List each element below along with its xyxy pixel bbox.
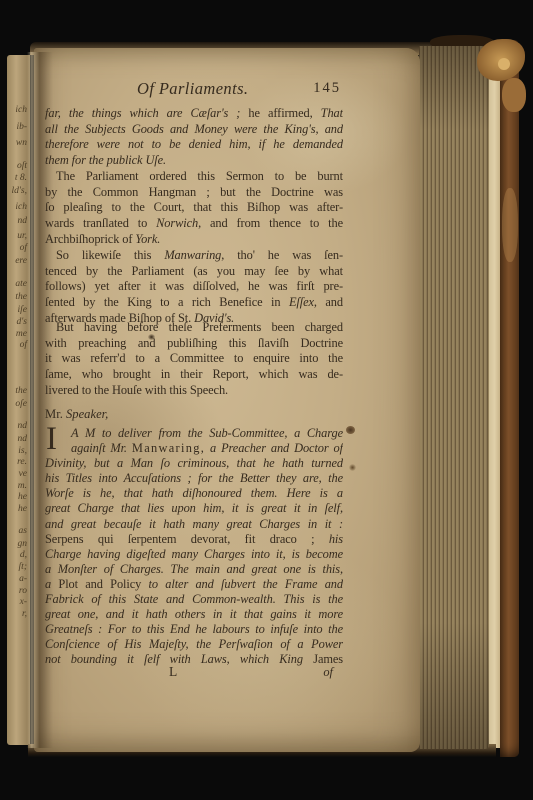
paragraph-manwaring: So likewiſe this Manwaring, tho' he was … <box>45 248 343 326</box>
text-line: ſo pleaſing to the Court, that this Biſh… <box>45 200 343 216</box>
catchword: of <box>323 664 333 680</box>
facing-page-text-fragment: as <box>19 526 27 536</box>
text-line: Archbiſhoprick of York. <box>45 232 343 248</box>
paragraph-speech: A M to deliver from the Sub-Committee, a… <box>45 426 343 668</box>
text-line: follows) yet after it was diſſolved, he … <box>45 279 343 295</box>
text-line: a Monſter of Charges. The main and great… <box>45 562 343 577</box>
text-line: great one, and it hath others in it that… <box>45 607 343 622</box>
paragraph-sermon-burnt: The Parliament ordered this Sermon to be… <box>45 169 343 247</box>
running-title: Of Parliaments. <box>137 79 248 99</box>
page-number: 145 <box>313 80 341 97</box>
text-line: and great becauſe it hath many great Cha… <box>45 517 343 532</box>
facing-page-text-fragment: a- <box>19 574 27 584</box>
text-line: them for the publick Uſe. <box>45 153 343 169</box>
foxing-spot <box>346 426 355 434</box>
signature-line: L of <box>45 664 343 680</box>
facing-page-text-fragment: oſe <box>15 399 27 409</box>
facing-page-text-fragment: gn <box>18 539 28 549</box>
text-line: with preaching and publiſhing this ſlavi… <box>45 336 343 352</box>
text-line: tenced by the Parliament (as you may ſee… <box>45 264 343 280</box>
text-line: Conſcience of His Majeſty, the Perſwaſio… <box>45 637 343 652</box>
signature-mark: L <box>169 664 177 680</box>
facing-page-text-fragment: m. <box>18 481 27 491</box>
text-line: Divinity, but a Man ſo criminous, that h… <box>45 456 343 471</box>
facing-page-text-fragment: is, <box>18 446 27 456</box>
paragraph-committee: But having before theſe Preferments been… <box>45 320 343 398</box>
text-line: A M to deliver from the Sub-Committee, a… <box>45 426 343 441</box>
text-line: therefore were not to be denied him, if … <box>45 137 343 153</box>
facing-page-text-fragment: ur, <box>17 231 27 241</box>
paragraph-continuation: far, the things which are Cæſar's ; he a… <box>45 106 343 169</box>
facing-page-text-fragment: t 8. <box>15 173 27 183</box>
text-line: Serpens qui ſerpentem devorat, fit draco… <box>45 532 343 547</box>
text-line: his Titles into Accuſations ; for the Be… <box>45 471 343 486</box>
text-line: far, the things which are Cæſar's ; he a… <box>45 106 343 122</box>
book-photo: ichib-wnoſtt 8.ld's,ichndur,ofereatethei… <box>0 0 533 800</box>
text-line: ſented by the King to a rich Benefice in… <box>45 295 343 311</box>
text-line: all the Subjects Goods and Money were th… <box>45 122 343 138</box>
facing-page-text-fragment: wn <box>16 138 27 148</box>
facing-page-text-fragment: he <box>18 492 27 502</box>
text-column: Of Parliaments. 145 far, the things whic… <box>45 50 343 750</box>
text-line: it was referr'd to a Committee to enquir… <box>45 351 343 367</box>
facing-page-text-fragment: iſe <box>18 305 28 315</box>
text-line: Greatneſs : For to this End he labours t… <box>45 622 343 637</box>
facing-page-text-fragment: ich <box>15 105 27 115</box>
text-line: againſt Mr. Manwaring, a Preacher and Do… <box>45 441 343 456</box>
facing-page-text-fragment: nd <box>18 216 28 226</box>
facing-page-text-fragment: nd <box>18 434 28 444</box>
facing-page-text-fragment: of <box>20 340 27 350</box>
text-line: livered to the Houſe with this Speech. <box>45 383 343 399</box>
facing-page-text-fragment: me <box>16 329 27 339</box>
facing-page-text-fragment: ve <box>19 469 27 479</box>
text-line: Fabrick of this State and Common-wealth.… <box>45 592 343 607</box>
facing-page-text-fragment: x- <box>20 597 27 607</box>
facing-page-text-fragment: he <box>18 504 27 514</box>
facing-page-text-fragment: re. <box>17 457 27 467</box>
worn-cover-highlight <box>498 58 510 70</box>
facing-page-text-fragment: ro <box>19 586 27 596</box>
text-line: So likewiſe this Manwaring, tho' he was … <box>45 248 343 264</box>
facing-page-text-fragment: d, <box>20 550 27 560</box>
facing-page-text-fragment: ib- <box>16 122 27 132</box>
facing-page-text-fragment: the <box>15 386 27 396</box>
foxing-spot <box>349 464 356 471</box>
facing-page-text-fragment: ich <box>15 202 27 212</box>
facing-page-text-fragment: d's <box>17 317 27 327</box>
text-line: Charge having digeſted many Charges into… <box>45 547 343 562</box>
text-line: by the Common Hangman ; but the Doctrine… <box>45 185 343 201</box>
facing-page-text-fragment: the <box>15 292 27 302</box>
text-line: wards tranſlated to Norwich, and from th… <box>45 216 343 232</box>
facing-page-text-fragment: ld's, <box>12 186 28 196</box>
facing-page-text-fragment: nd <box>18 421 28 431</box>
fore-edge-pages <box>419 46 489 749</box>
speaker-salutation: Mr. Speaker, <box>45 407 108 422</box>
text-line: ſame, who brought in their Report, which… <box>45 367 343 383</box>
text-line: But having before theſe Preferments been… <box>45 320 343 336</box>
page-header: Of Parliaments. 145 <box>45 79 343 99</box>
facing-page-text-fragment: ate <box>15 279 27 289</box>
text-line: The Parliament ordered this Sermon to be… <box>45 169 343 185</box>
text-line: great Charge that lies upon him, it is g… <box>45 501 343 516</box>
text-line: a Plot and Policy to alter and ſubvert t… <box>45 577 343 592</box>
facing-page-text-fragment: ere <box>15 256 27 266</box>
worn-cover-patch <box>502 78 526 112</box>
cover-scuff <box>502 188 518 262</box>
facing-page-text-fragment: of <box>20 243 27 253</box>
leather-cover <box>500 40 519 757</box>
text-line: Worſe is he, that hath diſhonoured them.… <box>45 486 343 501</box>
facing-page-text-fragment: oſt <box>17 161 27 171</box>
facing-page-text-fragment: ſt; <box>19 562 27 572</box>
